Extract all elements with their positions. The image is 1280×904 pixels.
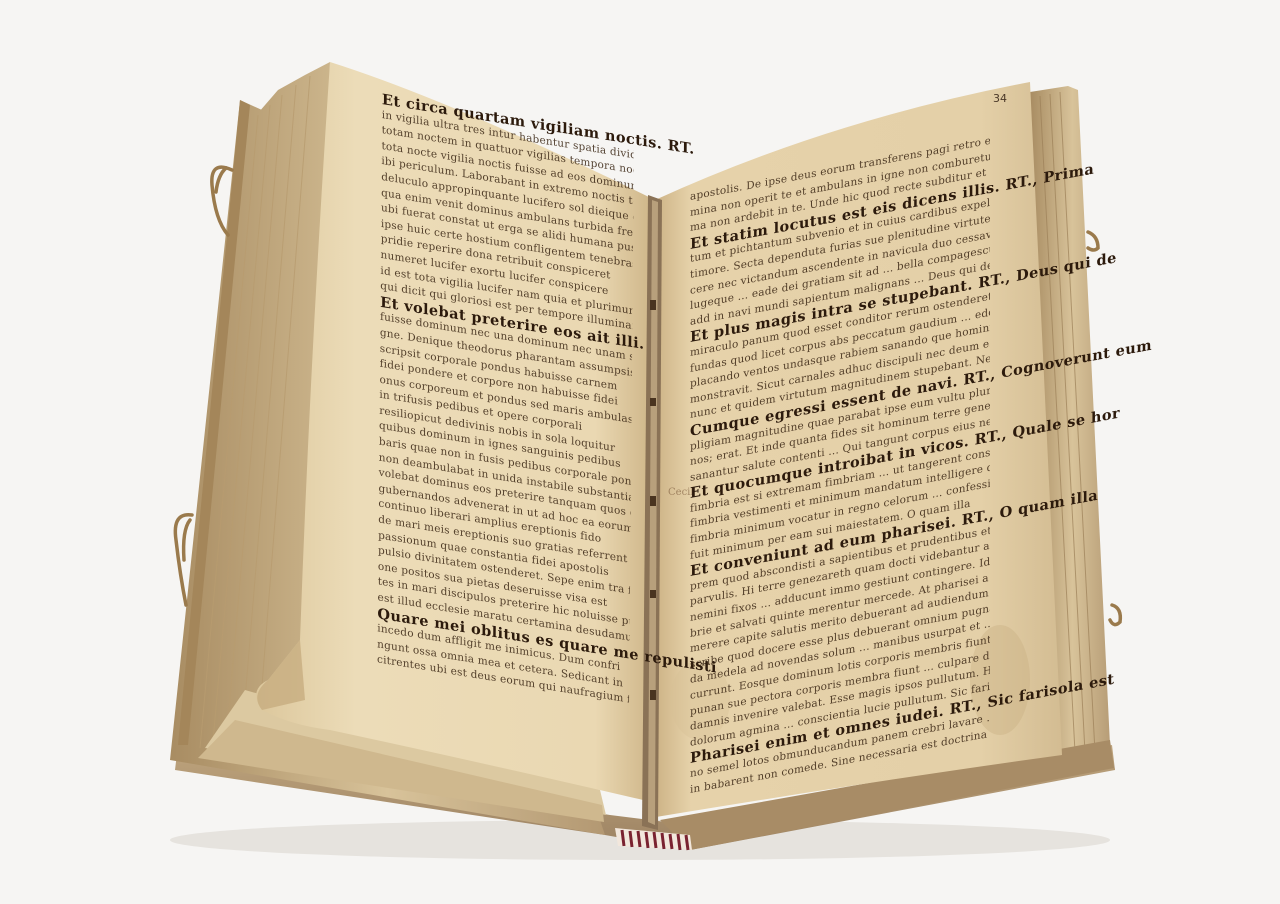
folio-number: 34 [993, 92, 1007, 105]
left-page-text: Et circa quartam vigiliam noctis. RT.in … [377, 92, 634, 708]
right-page-text: apostolis. De ipse deus eorum transferen… [690, 134, 990, 798]
manuscript-photograph: 34 Cecil Et circa quartam vigiliam nocti… [0, 0, 1280, 904]
